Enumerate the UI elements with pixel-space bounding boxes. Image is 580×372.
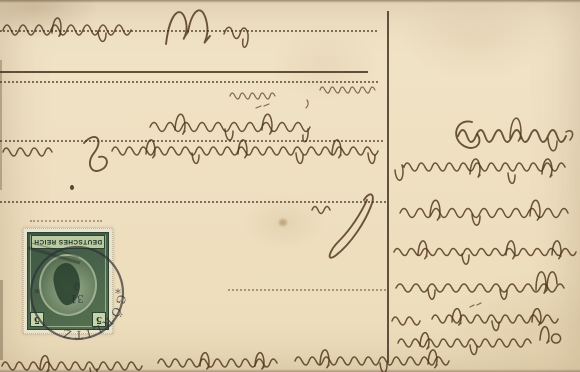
handwriting-line-right-5 (396, 272, 564, 299)
handwriting-line-right-4 (394, 241, 576, 264)
stamp-denomination: 5 (92, 312, 106, 327)
address-rule-dotted-3 (0, 140, 383, 142)
postmark-star-left: * (115, 282, 121, 296)
handwriting-line-left-4 (3, 137, 378, 171)
card-left-edge-shadow (0, 60, 2, 190)
germania-profile (51, 261, 83, 306)
stamp-frame: 5 5 DEUTSCHES REICH (27, 232, 109, 330)
handwriting-line-left-3 (150, 104, 310, 142)
handwriting-flourish-center (312, 194, 373, 257)
handwriting-line-left-1 (3, 10, 248, 47)
stamp-country-label: DEUTSCHES REICH (31, 235, 105, 249)
address-rule-dotted-5 (228, 289, 386, 291)
stamp-denomination: 5 (30, 312, 44, 327)
postcard-back: 5 5 DEUTSCHES REICH (0, 0, 580, 372)
postage-stamp: 5 5 DEUTSCHES REICH (23, 228, 113, 334)
handwriting-line-right-3 (400, 200, 568, 225)
handwriting-line-left-2 (230, 87, 375, 108)
postcard-divider-line (387, 11, 389, 363)
handwriting-line-right-6 (392, 303, 558, 331)
handwriting-line-right-1 (456, 118, 572, 151)
card-top-edge-shadow (0, 0, 580, 3)
handwriting-line-right-2 (395, 159, 565, 183)
address-rule-dotted-1 (0, 30, 377, 32)
handwriting-line-right-7 (398, 327, 561, 355)
ink-blot (70, 185, 74, 190)
stamp-perforation-marks (30, 220, 102, 222)
address-rule-dotted-4 (0, 201, 386, 203)
card-left-edge-shadow (0, 280, 3, 360)
paper-stain (279, 219, 287, 226)
address-rule-dotted-2 (0, 81, 378, 83)
address-rule-solid (0, 71, 368, 73)
stamp-oval (39, 254, 97, 316)
